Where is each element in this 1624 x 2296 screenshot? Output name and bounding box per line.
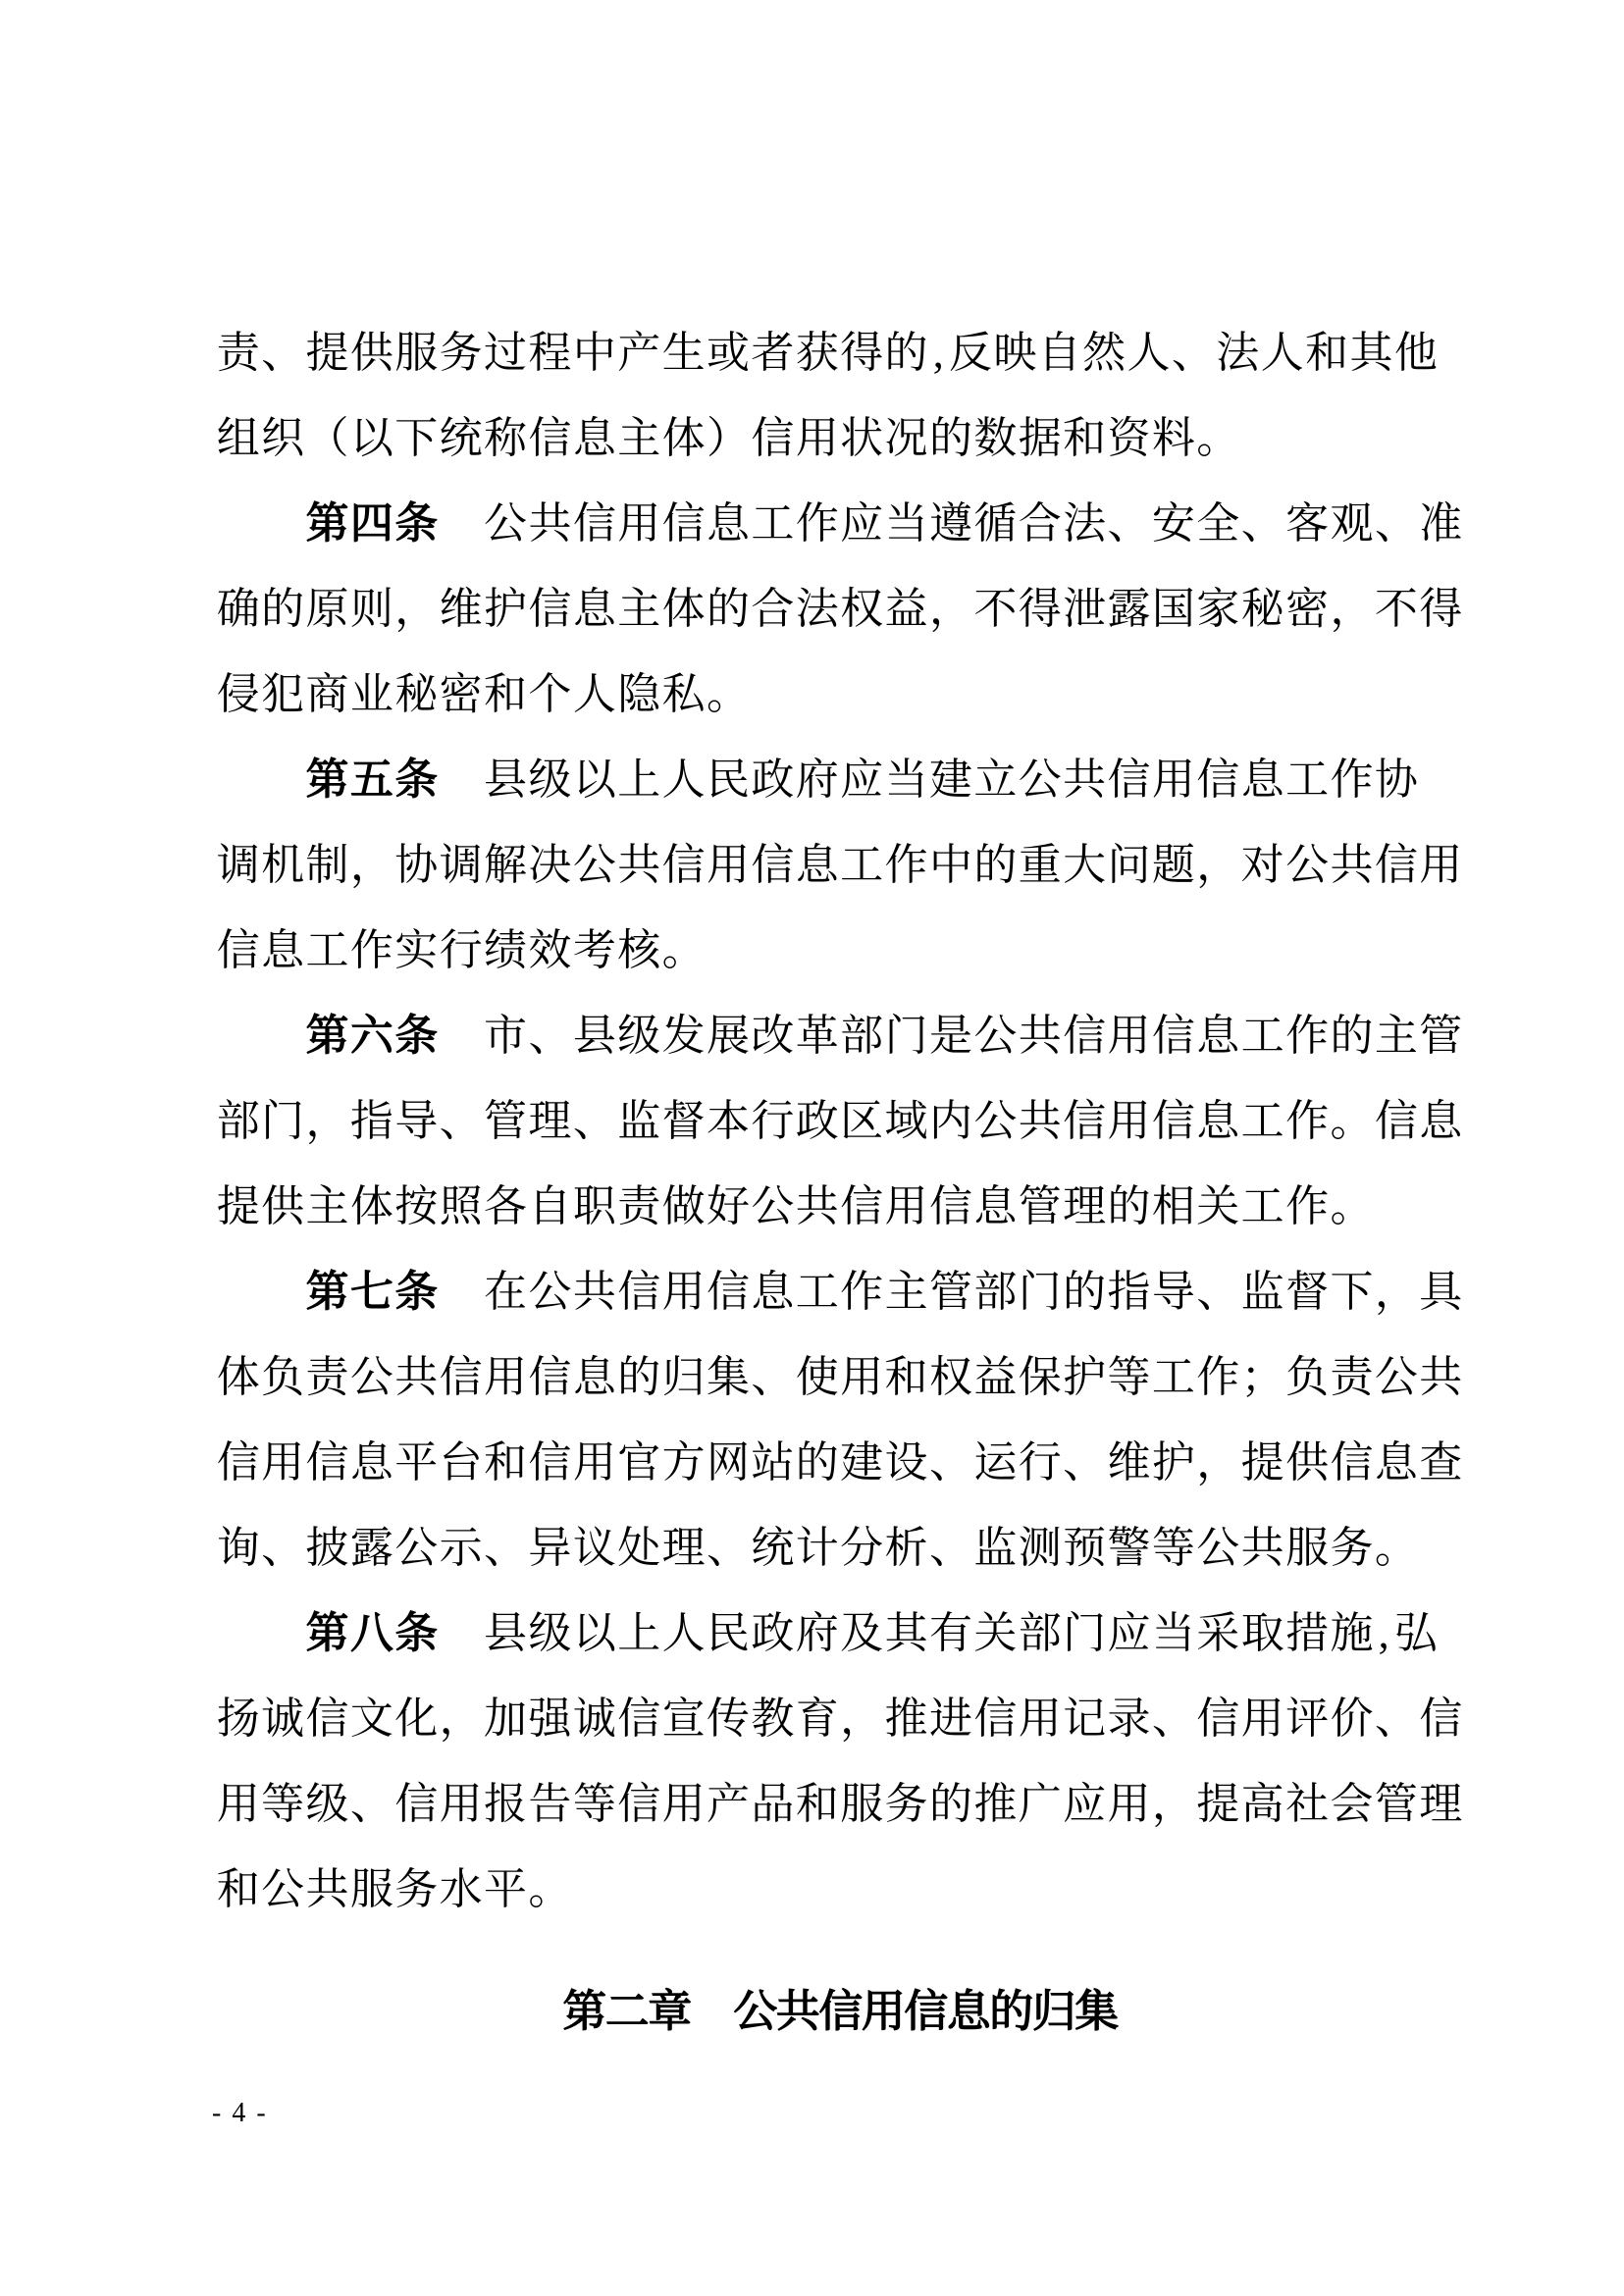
document-page: 责、提供服务过程中产生或者获得的,反映自然人、法人和其他组织（以下统称信息主体）…: [0, 0, 1624, 2296]
text-line: 扬诚信文化，加强诚信宣传教育，推进信用记录、信用评价、信: [216, 1676, 1464, 1761]
text-line: 第六条 市、县级发展改革部门是公共信用信息工作的主管: [216, 993, 1464, 1078]
text-line: 提供主体按照各自职责做好公共信用信息管理的相关工作。: [216, 1164, 1464, 1249]
text-line: 部门，指导、管理、监督本行政区域内公共信用信息工作。信息: [216, 1078, 1464, 1164]
text-line: 询、披露公示、异议处理、统计分析、监测预警等公共服务。: [216, 1505, 1464, 1591]
text-line: 组织（以下统称信息主体）信用状况的数据和资料。: [216, 395, 1464, 481]
text-line: 确的原则，维护信息主体的合法权益，不得泄露国家秘密，不得: [216, 566, 1464, 652]
text-line: 调机制，协调解决公共信用信息工作中的重大问题，对公共信用: [216, 822, 1464, 908]
text-line: 体负责公共信用信息的归集、使用和权益保护等工作；负责公共: [216, 1334, 1464, 1420]
text-line: 第八条 县级以上人民政府及其有关部门应当采取措施,弘: [216, 1591, 1464, 1676]
text-line: 信息工作实行绩效考核。: [216, 908, 1464, 993]
chapter-heading: 第二章 公共信用信息的归集: [216, 1968, 1464, 2054]
page-number: - 4 -: [212, 2098, 268, 2129]
text-line: 责、提供服务过程中产生或者获得的,反映自然人、法人和其他: [216, 310, 1464, 395]
text-line: 用等级、信用报告等信用产品和服务的推广应用，提高社会管理: [216, 1761, 1464, 1847]
text-line: 信用信息平台和信用官方网站的建设、运行、维护，提供信息查: [216, 1420, 1464, 1505]
text-line: 和公共服务水平。: [216, 1847, 1464, 1932]
body-text: 责、提供服务过程中产生或者获得的,反映自然人、法人和其他组织（以下统称信息主体）…: [216, 310, 1464, 1932]
text-line: 侵犯商业秘密和个人隐私。: [216, 652, 1464, 737]
text-line: 第七条 在公共信用信息工作主管部门的指导、监督下，具: [216, 1249, 1464, 1334]
text-line: 第五条 县级以上人民政府应当建立公共信用信息工作协: [216, 737, 1464, 822]
text-line: 第四条 公共信用信息工作应当遵循合法、安全、客观、准: [216, 481, 1464, 566]
